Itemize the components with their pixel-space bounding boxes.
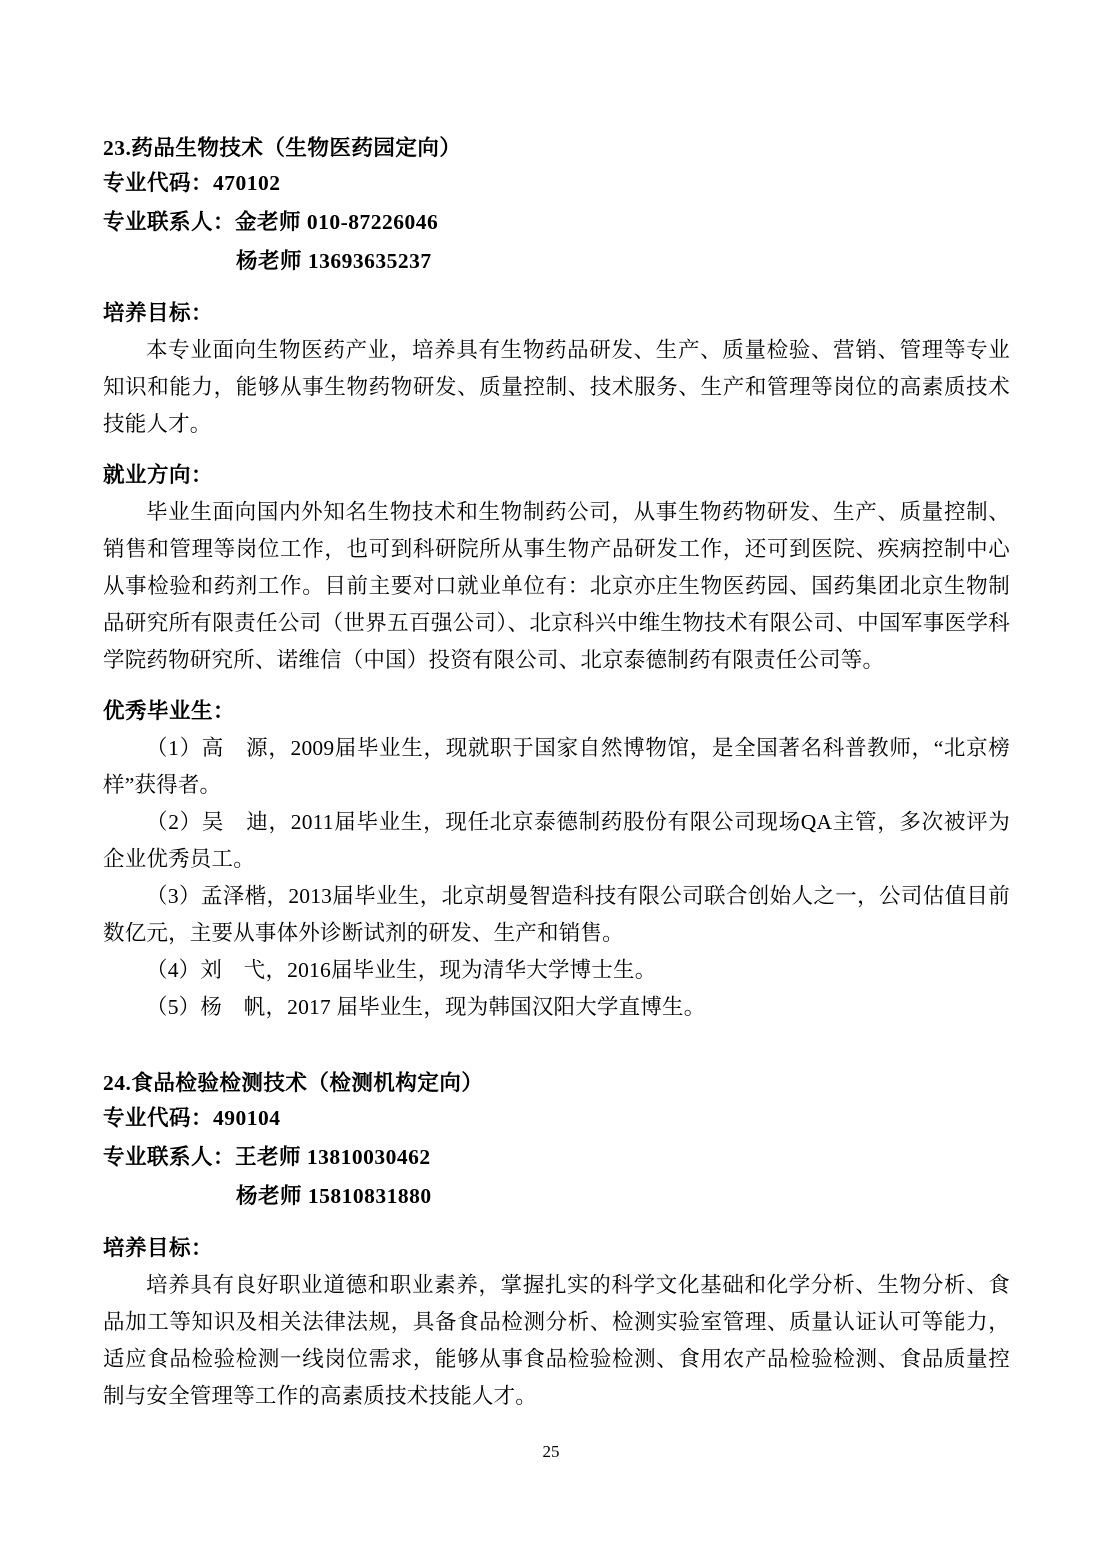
block-heading: 培养目标： bbox=[103, 1230, 1010, 1267]
graduate-item: （3）孟泽楷，2013届毕业生，北京胡曼智造科技有限公司联合创始人之一，公司估值… bbox=[103, 878, 1010, 952]
major-code-label: 专业代码： bbox=[103, 1106, 213, 1130]
paragraph: 本专业面向生物医药产业，培养具有生物药品研发、生产、质量检验、营销、管理等专业知… bbox=[103, 332, 1010, 443]
section-24: 24.食品检验检测技术（检测机构定向） 专业代码：490104 专业联系人：王老… bbox=[103, 1067, 1010, 1415]
block-heading: 优秀毕业生： bbox=[103, 693, 1010, 730]
block-outstanding-graduates: 优秀毕业生： （1）高 源，2009届毕业生，现就职于国家自然博物馆，是全国著名… bbox=[103, 693, 1010, 1026]
section-title: 24.食品检验检测技术（检测机构定向） bbox=[103, 1067, 1010, 1099]
graduate-item: （1）高 源，2009届毕业生，现就职于国家自然博物馆，是全国著名科普教师，“北… bbox=[103, 730, 1010, 804]
graduate-item: （2）吴 迪，2011届毕业生，现任北京泰德制药股份有限公司现场QA主管，多次被… bbox=[103, 804, 1010, 878]
paragraph: 毕业生面向国内外知名生物技术和生物制药公司，从事生物药物研发、生产、质量控制、销… bbox=[103, 494, 1010, 679]
major-code-label: 专业代码： bbox=[103, 171, 213, 195]
major-code-line: 专业代码：470102 bbox=[103, 164, 1010, 203]
contact-entry: 杨老师 15810831880 bbox=[236, 1184, 432, 1208]
document-page: { "colors": { "background": "#ffffff", "… bbox=[0, 0, 1102, 1559]
contact-entry: 杨老师 13693635237 bbox=[236, 249, 432, 273]
block-training-goal: 培养目标： 本专业面向生物医药产业，培养具有生物药品研发、生产、质量检验、营销、… bbox=[103, 295, 1010, 443]
major-code-value: 490104 bbox=[213, 1106, 281, 1130]
contact-label: 专业联系人： bbox=[103, 210, 235, 234]
section-23: 23.药品生物技术（生物医药园定向） 专业代码：470102 专业联系人：金老师… bbox=[103, 132, 1010, 1026]
block-employment-direction: 就业方向： 毕业生面向国内外知名生物技术和生物制药公司，从事生物药物研发、生产、… bbox=[103, 457, 1010, 679]
page-number: 25 bbox=[0, 1441, 1102, 1463]
contact-line: 专业联系人：金老师 010-87226046 bbox=[103, 203, 1010, 242]
graduate-item: （5）杨 帆，2017 届毕业生，现为韩国汉阳大学直博生。 bbox=[103, 989, 1010, 1026]
graduate-item: （4）刘 弋，2016届毕业生，现为清华大学博士生。 bbox=[103, 952, 1010, 989]
block-heading: 培养目标： bbox=[103, 295, 1010, 332]
major-code-line: 专业代码：490104 bbox=[103, 1099, 1010, 1138]
contact-entry: 王老师 13810030462 bbox=[235, 1145, 431, 1169]
contact-line: 杨老师 15810831880 bbox=[103, 1177, 1010, 1216]
contact-line: 杨老师 13693635237 bbox=[103, 242, 1010, 281]
major-code-value: 470102 bbox=[213, 171, 281, 195]
block-training-goal: 培养目标： 培养具有良好职业道德和职业素养，掌握扎实的科学文化基础和化学分析、生… bbox=[103, 1230, 1010, 1415]
contact-label: 专业联系人： bbox=[103, 1145, 235, 1169]
block-heading: 就业方向： bbox=[103, 457, 1010, 494]
paragraph: 培养具有良好职业道德和职业素养，掌握扎实的科学文化基础和化学分析、生物分析、食品… bbox=[103, 1267, 1010, 1415]
page-content: 23.药品生物技术（生物医药园定向） 专业代码：470102 专业联系人：金老师… bbox=[103, 132, 1010, 1415]
section-title: 23.药品生物技术（生物医药园定向） bbox=[103, 132, 1010, 164]
contact-entry: 金老师 010-87226046 bbox=[235, 210, 438, 234]
contact-line: 专业联系人：王老师 13810030462 bbox=[103, 1138, 1010, 1177]
